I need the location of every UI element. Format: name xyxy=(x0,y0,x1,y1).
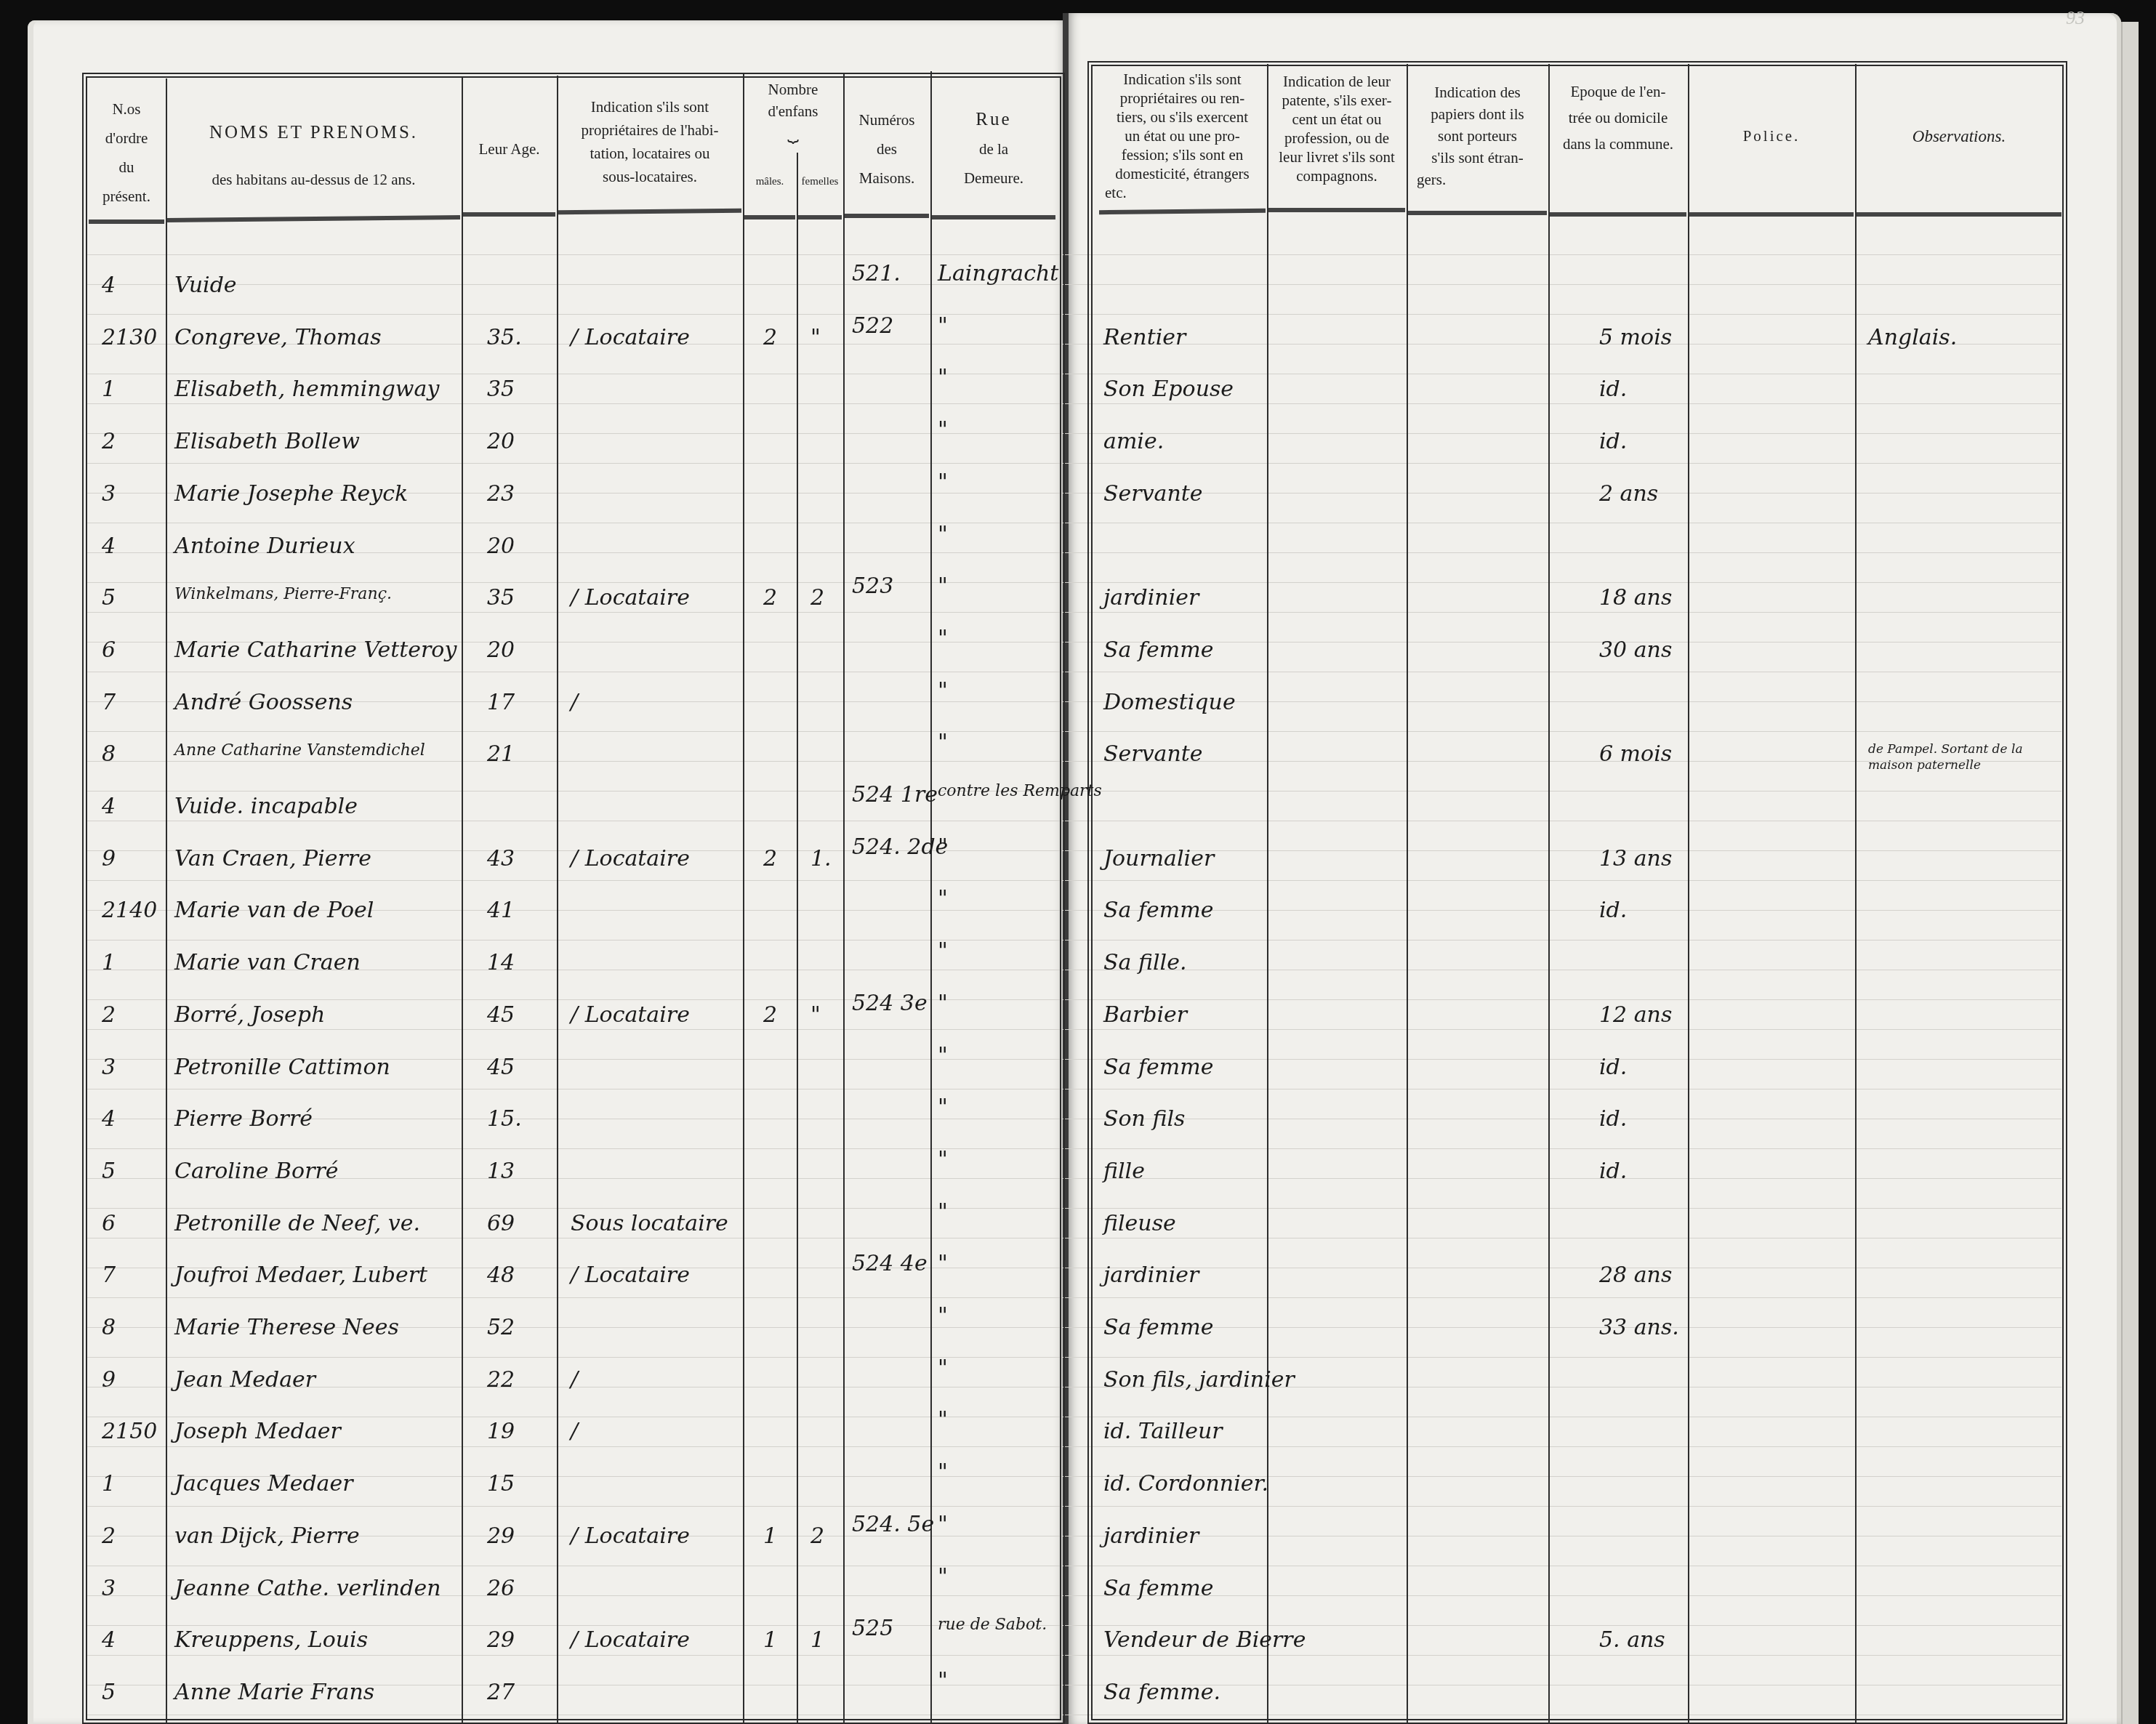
cell-tenure: Sous locataire xyxy=(571,1211,728,1236)
header-line: des xyxy=(877,134,897,164)
cell-name: Joseph Medaer xyxy=(174,1419,341,1444)
cell-name: Jacques Medaer xyxy=(174,1471,353,1497)
header-line: Indication de leur xyxy=(1283,72,1391,91)
cell-epoch: 13 ans xyxy=(1599,846,1672,871)
header-title: NOMS ET PRENOMS. xyxy=(209,123,418,142)
cell-street: " xyxy=(938,313,948,339)
cell-profession: Sa femme. xyxy=(1103,1680,1220,1705)
cell-street: rue de Sabot. xyxy=(938,1616,1047,1634)
cell-name: Vuide. incapable xyxy=(174,794,358,819)
header-children: Nombre d'enfans ⏟ xyxy=(744,78,842,144)
cell-street: " xyxy=(938,470,948,495)
cell-name: Marie Therese Nees xyxy=(174,1315,399,1340)
header-line: domesticité, étrangers xyxy=(1115,164,1249,183)
cell-age: 20 xyxy=(487,429,515,454)
cell-house: 521. xyxy=(852,261,901,286)
cell-epoch: 5. ans xyxy=(1599,1627,1665,1653)
cell-street: " xyxy=(938,1512,948,1537)
col-divider xyxy=(1855,64,1857,1724)
col-divider xyxy=(843,73,845,1724)
cell-tenure: / Locataire xyxy=(571,1002,690,1028)
cell-house: 524 4e xyxy=(852,1251,928,1276)
cell-age: 21 xyxy=(487,741,515,767)
cell-epoch: id. xyxy=(1599,1159,1627,1184)
header-line: tation, locataires ou xyxy=(590,142,709,165)
cell-no: 5 xyxy=(102,585,116,611)
header-line: Police. xyxy=(1743,126,1801,146)
cell-age: 22 xyxy=(487,1367,515,1393)
header-rule xyxy=(1857,212,2062,217)
cell-profession: amie. xyxy=(1103,429,1164,454)
cell-females: 1 xyxy=(810,1627,824,1653)
header-rule xyxy=(798,215,842,219)
cell-street: " xyxy=(938,626,948,651)
cell-name: Petronille de Neef, ve. xyxy=(174,1211,420,1236)
cell-age: 14 xyxy=(487,950,515,975)
cell-profession: jardinier xyxy=(1103,1523,1199,1549)
cell-females: 2 xyxy=(810,585,824,611)
cell-males: 1 xyxy=(763,1627,777,1653)
header-rule xyxy=(1268,208,1405,212)
cell-name: Marie van de Poel xyxy=(174,898,374,923)
cell-profession: Rentier xyxy=(1103,325,1186,350)
header-subtitle: des habitans au-dessus de 12 ans. xyxy=(212,170,416,190)
cell-name: Winkelmans, Pierre-Franç. xyxy=(174,585,392,603)
cell-street: " xyxy=(938,365,948,390)
header-line: Indication des xyxy=(1434,81,1520,103)
cell-no: 8 xyxy=(102,1315,116,1340)
header-line: N.os xyxy=(112,94,140,124)
page-number: 93 xyxy=(2066,7,2085,29)
header-males: mâles. xyxy=(744,156,795,207)
cell-profession: Sa fille. xyxy=(1103,950,1186,975)
header-rule xyxy=(744,215,795,219)
cell-no: 6 xyxy=(102,637,116,663)
cell-profession: Sa femme xyxy=(1103,1576,1213,1601)
cell-profession: id. Cordonnier. xyxy=(1103,1471,1268,1497)
header-line: compagnons. xyxy=(1296,166,1377,185)
cell-house: 524. 5e xyxy=(852,1512,934,1537)
cell-profession: fileuse xyxy=(1103,1211,1176,1236)
brace-icon: ⏟ xyxy=(787,122,799,144)
cell-no: 2140 xyxy=(102,898,157,923)
cell-street: " xyxy=(938,1303,948,1329)
cell-house: 524. 2de xyxy=(852,834,948,860)
cell-street: " xyxy=(938,1356,948,1381)
cell-tenure: / xyxy=(571,1367,578,1393)
cell-profession: Sa femme xyxy=(1103,637,1213,663)
cell-age: 23 xyxy=(487,481,515,507)
cell-no: 4 xyxy=(102,794,116,819)
cell-age: 26 xyxy=(487,1576,515,1601)
cell-street: " xyxy=(938,1564,948,1590)
cell-house: 524 3e xyxy=(852,991,928,1016)
cell-age: 17 xyxy=(487,690,515,715)
cell-street: " xyxy=(938,1251,948,1276)
cell-profession: jardinier xyxy=(1103,1262,1199,1288)
cell-name: Marie van Craen xyxy=(174,950,361,975)
cell-age: 15 xyxy=(487,1471,515,1497)
header-line: profession, ou de xyxy=(1284,129,1389,148)
page-edge xyxy=(2121,22,2139,1724)
cell-epoch: 18 ans xyxy=(1599,585,1672,611)
header-line: Indication s'ils sont xyxy=(1123,70,1241,89)
cell-tenure: / Locataire xyxy=(571,1627,690,1653)
cell-no: 3 xyxy=(102,481,116,507)
cell-obs: de Pampel. Sortant de la maison paternel… xyxy=(1868,741,2050,773)
cell-name: Joufroi Medaer, Lubert xyxy=(174,1262,427,1288)
cell-age: 29 xyxy=(487,1627,515,1653)
cell-name: Antoine Durieux xyxy=(174,533,355,559)
cell-name: Anne Marie Frans xyxy=(174,1680,374,1705)
cell-name: Congreve, Thomas xyxy=(174,325,382,350)
cell-name: Marie Catharine Vetteroy xyxy=(174,637,456,663)
cell-epoch: 33 ans. xyxy=(1599,1315,1679,1340)
header-line: mâles. xyxy=(756,172,784,192)
cell-age: 45 xyxy=(487,1055,515,1080)
header-line: propriétaires ou ren- xyxy=(1120,89,1244,108)
cell-no: 7 xyxy=(102,1262,116,1288)
cell-females: " xyxy=(810,325,821,350)
cell-street: " xyxy=(938,991,948,1016)
cell-epoch: 5 mois xyxy=(1599,325,1672,350)
header-rule xyxy=(1408,211,1547,215)
cell-no: 1 xyxy=(102,376,116,402)
col-divider xyxy=(1548,64,1550,1724)
header-profession: Indication s'ils sont propriétaires ou r… xyxy=(1099,67,1266,205)
header-line: Observations. xyxy=(1912,126,2006,146)
cell-age: 41 xyxy=(487,898,515,923)
cell-no: 2150 xyxy=(102,1419,157,1444)
cell-street: " xyxy=(938,522,948,547)
cell-street: " xyxy=(938,886,948,911)
cell-males: 1 xyxy=(763,1523,777,1549)
cell-obs: Anglais. xyxy=(1868,325,1957,350)
cell-profession: fille xyxy=(1103,1159,1145,1184)
cell-street: " xyxy=(938,573,948,599)
header-line: leur livret s'ils sont xyxy=(1279,148,1395,166)
cell-street: " xyxy=(938,1043,948,1068)
cell-profession: Barbier xyxy=(1103,1002,1187,1028)
cell-males: 2 xyxy=(763,1002,777,1028)
header-line: etc. xyxy=(1099,183,1127,202)
cell-age: 20 xyxy=(487,533,515,559)
cell-age: 29 xyxy=(487,1523,515,1549)
cell-profession: Son fils xyxy=(1103,1106,1185,1132)
cell-age: 45 xyxy=(487,1002,515,1028)
cell-name: Kreuppens, Louis xyxy=(174,1627,368,1653)
cell-no: 1 xyxy=(102,1471,116,1497)
cell-name: Van Craen, Pierre xyxy=(174,846,371,871)
header-line: du xyxy=(119,153,134,182)
cell-name: van Dijck, Pierre xyxy=(174,1523,360,1549)
cell-males: 2 xyxy=(763,325,777,350)
cell-tenure: / Locataire xyxy=(571,585,690,611)
cell-house: 525 xyxy=(852,1616,893,1641)
cell-tenure: / xyxy=(571,1419,578,1444)
header-names: NOMS ET PRENOMS. des habitans au-dessus … xyxy=(167,102,460,211)
cell-profession: Vendeur de Bierre xyxy=(1103,1627,1306,1653)
cell-tenure: / Locataire xyxy=(571,325,690,350)
header-line: Maisons. xyxy=(859,164,914,193)
header-rule xyxy=(1550,212,1686,217)
header-epoch: Epoque de l'en- trée ou domicile dans la… xyxy=(1550,67,1686,169)
cell-tenure: / Locataire xyxy=(571,1262,690,1288)
header-line: Rue xyxy=(976,105,1011,134)
col-divider xyxy=(797,153,798,1724)
cell-epoch: id. xyxy=(1599,429,1627,454)
cell-name: Anne Catharine Vanstemdichel xyxy=(174,741,425,760)
header-line: présent. xyxy=(102,182,150,211)
cell-profession: jardinier xyxy=(1103,585,1199,611)
cell-profession: Servante xyxy=(1103,741,1203,767)
cell-house: 524 1re xyxy=(852,782,938,807)
cell-epoch: 30 ans xyxy=(1599,637,1672,663)
cell-no: 4 xyxy=(102,1106,116,1132)
cell-name: Caroline Borré xyxy=(174,1159,339,1184)
cell-no: 9 xyxy=(102,846,116,871)
cell-street: " xyxy=(938,1668,948,1693)
header-tenure: Indication s'ils sont propriétaires de l… xyxy=(558,87,741,196)
cell-age: 43 xyxy=(487,846,515,871)
header-line: un état ou une pro- xyxy=(1125,126,1240,145)
cell-no: 3 xyxy=(102,1576,116,1601)
cell-street: contre les Remparts xyxy=(938,782,1102,800)
cell-females: " xyxy=(810,1002,821,1028)
cell-no: 4 xyxy=(102,533,116,559)
cell-epoch: id. xyxy=(1599,898,1627,923)
cell-no: 9 xyxy=(102,1367,116,1393)
cell-age: 35 xyxy=(487,376,515,402)
cell-street: Laingracht xyxy=(938,261,1058,286)
cell-name: André Goossens xyxy=(174,690,353,715)
cell-epoch: 12 ans xyxy=(1599,1002,1672,1028)
header-line: dans la commune. xyxy=(1563,131,1673,157)
cell-tenure: / Locataire xyxy=(571,1523,690,1549)
cell-age: 35. xyxy=(487,325,522,350)
cell-females: 2 xyxy=(810,1523,824,1549)
cell-no: 4 xyxy=(102,273,116,298)
cell-no: 2 xyxy=(102,1002,116,1028)
header-line: femelles xyxy=(802,172,839,192)
header-line: Demeure. xyxy=(964,164,1023,193)
cell-no: 1 xyxy=(102,950,116,975)
cell-no: 6 xyxy=(102,1211,116,1236)
cell-name: Elisabeth Bollew xyxy=(174,429,360,454)
cell-street: " xyxy=(938,1147,948,1172)
header-papers: Indication des papiers dont ils sont por… xyxy=(1408,67,1547,205)
header-police: Police. xyxy=(1689,67,1854,205)
cell-no: 5 xyxy=(102,1680,116,1705)
cell-street: " xyxy=(938,1199,948,1225)
cell-age: 48 xyxy=(487,1262,515,1288)
cell-no: 8 xyxy=(102,741,116,767)
cell-profession: Sa femme xyxy=(1103,1315,1213,1340)
header-line: fession; s'ils sont en xyxy=(1122,145,1244,164)
header-line: Leur Age. xyxy=(479,140,540,159)
cell-profession: Journalier xyxy=(1103,846,1214,871)
cell-no: 7 xyxy=(102,690,116,715)
cell-no: 2 xyxy=(102,1523,116,1549)
header-line: Epoque de l'en- xyxy=(1571,78,1666,105)
cell-house: 522 xyxy=(852,313,893,339)
cell-females: 1. xyxy=(810,846,832,871)
header-house-numbers: Numéros des Maisons. xyxy=(845,87,929,211)
cell-age: 35 xyxy=(487,585,515,611)
cell-epoch: id. xyxy=(1599,1106,1627,1132)
cell-males: 2 xyxy=(763,846,777,871)
col-divider xyxy=(462,77,463,1724)
cell-age: 27 xyxy=(487,1680,515,1705)
cell-name: Jeanne Cathe. verlinden xyxy=(174,1576,441,1601)
cell-profession: Sa femme xyxy=(1103,898,1213,923)
header-line: s'ils sont étran- xyxy=(1431,147,1523,169)
cell-age: 52 xyxy=(487,1315,515,1340)
header-line: gers. xyxy=(1408,169,1446,190)
cell-street: " xyxy=(938,678,948,704)
col-divider xyxy=(557,76,558,1724)
cell-no: 2130 xyxy=(102,325,157,350)
cell-name: Petronille Cattimon xyxy=(174,1055,390,1080)
cell-males: 2 xyxy=(763,585,777,611)
header-rule xyxy=(845,214,929,218)
header-rule xyxy=(932,215,1055,219)
cell-street: " xyxy=(938,1459,948,1485)
cell-epoch: 2 ans xyxy=(1599,481,1658,507)
cell-no: 5 xyxy=(102,1159,116,1184)
cell-age: 20 xyxy=(487,637,515,663)
header-line: patente, s'ils exer- xyxy=(1282,91,1392,110)
header-line: sont porteurs xyxy=(1438,125,1517,147)
header-line: sous-locataires. xyxy=(603,165,697,188)
col-divider xyxy=(743,74,744,1724)
col-divider xyxy=(1407,64,1408,1724)
cell-profession: Servante xyxy=(1103,481,1203,507)
cell-name: Elisabeth, hemmingway xyxy=(174,376,439,402)
cell-name: Vuide xyxy=(174,273,237,298)
cell-no: 4 xyxy=(102,1627,116,1653)
col-divider xyxy=(1688,64,1689,1724)
header-rule xyxy=(1689,212,1854,217)
cell-profession: Son fils, jardinier xyxy=(1103,1367,1295,1393)
header-line: tiers, ou s'ils exercent xyxy=(1117,108,1248,126)
header-title: Nombre d'enfans xyxy=(744,78,842,122)
cell-profession: Domestique xyxy=(1103,690,1236,715)
cell-street: " xyxy=(938,1407,948,1433)
cell-street: " xyxy=(938,1095,948,1120)
cell-name: Jean Medaer xyxy=(174,1367,315,1393)
cell-street: " xyxy=(938,938,948,964)
cell-age: 15. xyxy=(487,1106,522,1132)
header-line: d'ordre xyxy=(105,124,148,153)
header-line: papiers dont ils xyxy=(1431,103,1524,125)
header-line: cent un état ou xyxy=(1292,110,1381,129)
header-females: femelles xyxy=(798,156,842,207)
cell-name: Marie Josephe Reyck xyxy=(174,481,408,507)
cell-name: Borré, Joseph xyxy=(174,1002,325,1028)
cell-profession: Sa femme xyxy=(1103,1055,1213,1080)
header-age: Leur Age. xyxy=(463,87,555,211)
header-patente: Indication de leur patente, s'ils exer- … xyxy=(1268,67,1405,190)
cell-no: 2 xyxy=(102,429,116,454)
cell-epoch: id. xyxy=(1599,1055,1627,1080)
col-divider xyxy=(166,78,167,1724)
cell-epoch: id. xyxy=(1599,376,1627,402)
cell-tenure: / xyxy=(571,690,578,715)
cell-street: " xyxy=(938,730,948,755)
header-line: propriétaires de l'habi- xyxy=(581,118,718,142)
header-line: Numéros xyxy=(859,105,915,134)
cell-name: Pierre Borré xyxy=(174,1106,313,1132)
cell-epoch: 6 mois xyxy=(1599,741,1672,767)
cell-profession: Son Epouse xyxy=(1103,376,1234,402)
header-line: trée ou domicile xyxy=(1569,105,1668,131)
cell-epoch: 28 ans xyxy=(1599,1262,1672,1288)
cell-age: 69 xyxy=(487,1211,515,1236)
header-line: de la xyxy=(979,134,1008,164)
header-line: Indication s'ils sont xyxy=(591,95,709,118)
cell-age: 19 xyxy=(487,1419,515,1444)
cell-no: 3 xyxy=(102,1055,116,1080)
cell-street: " xyxy=(938,834,948,860)
header-order-number: N.os d'ordre du présent. xyxy=(89,87,164,218)
header-rule xyxy=(89,219,164,224)
cell-tenure: / Locataire xyxy=(571,846,690,871)
cell-house: 523 xyxy=(852,573,893,599)
cell-age: 13 xyxy=(487,1159,515,1184)
cell-street: " xyxy=(938,417,948,443)
cell-profession: id. Tailleur xyxy=(1103,1419,1223,1444)
header-street: Rue de la Demeure. xyxy=(932,87,1055,211)
header-rule xyxy=(463,212,555,217)
col-divider xyxy=(930,71,932,1724)
header-observations: Observations. xyxy=(1857,67,2062,205)
